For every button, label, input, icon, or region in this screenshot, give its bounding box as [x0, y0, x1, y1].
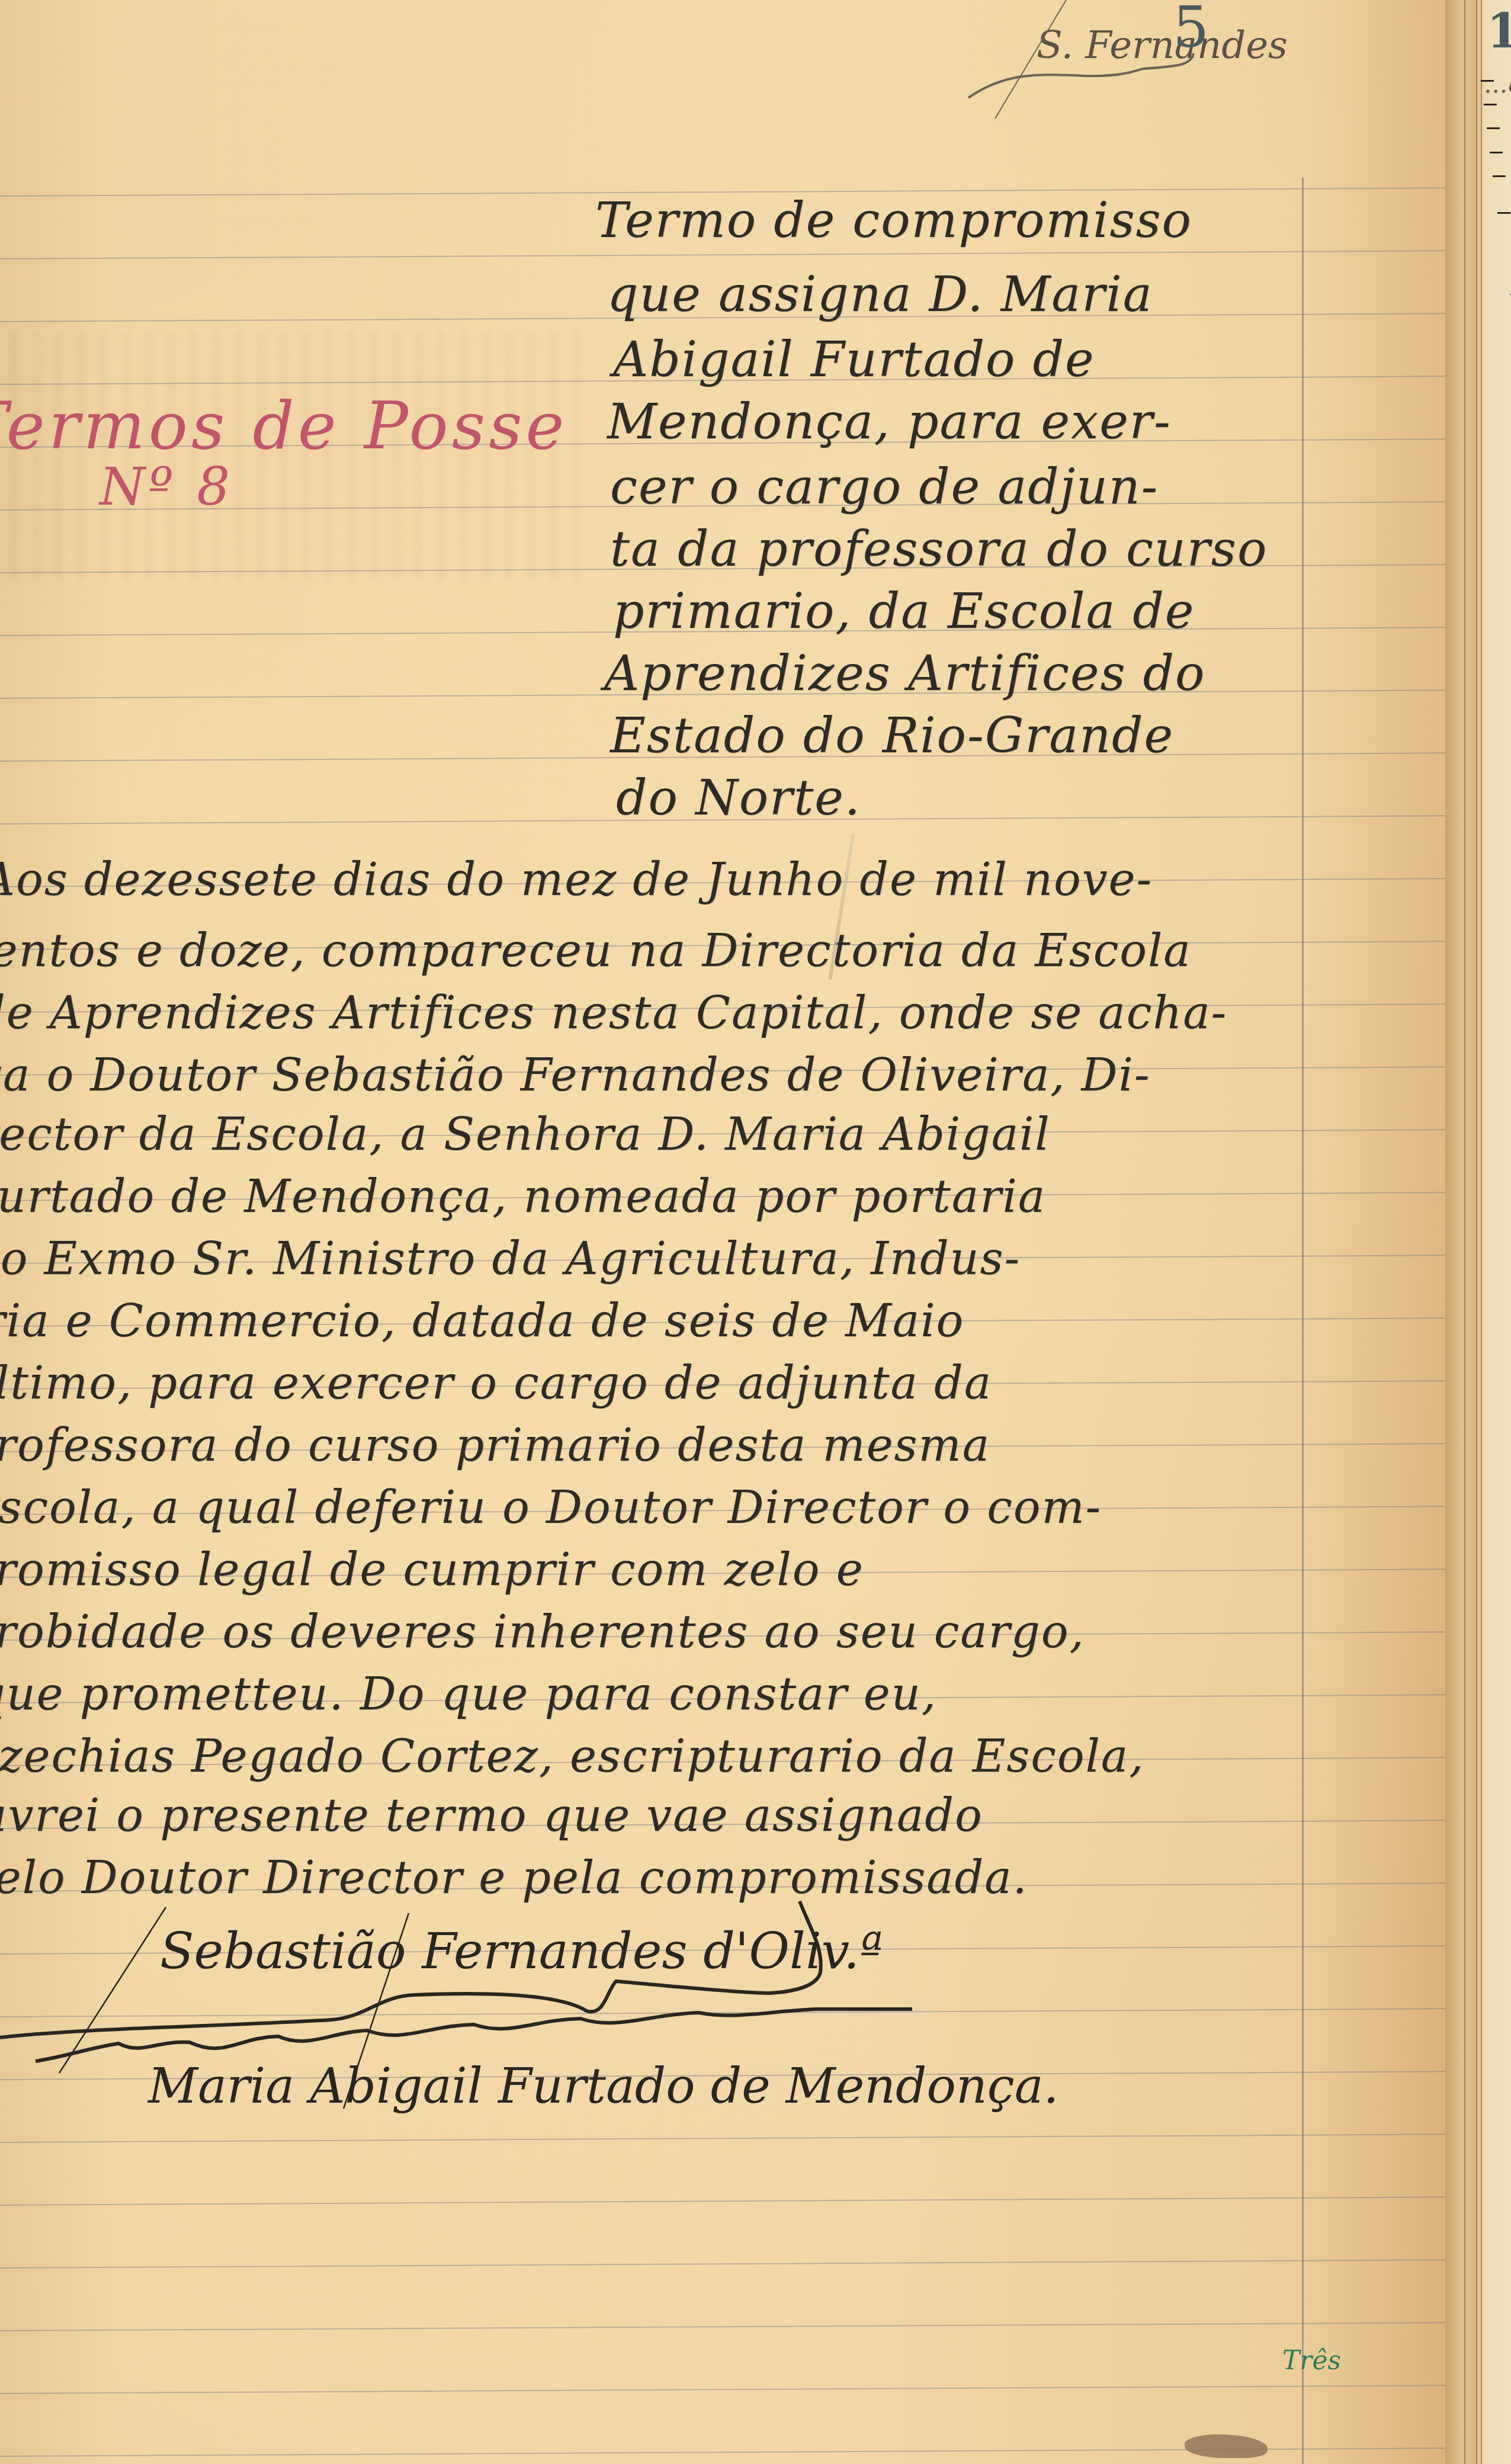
binding-gutter: 1 …des [1445, 0, 1511, 2464]
gutter-fold-line [1481, 0, 1482, 2464]
adjacent-page-number: 1 [1487, 3, 1511, 59]
footer-note: Três [1282, 2346, 1341, 2376]
gutter-fold-line [1476, 0, 1477, 2464]
adjacent-page-fragment: …des [1484, 71, 1511, 98]
gutter-fold-line [1464, 0, 1465, 2464]
appointee-signature: Maria Abigail Furtado de Mendonça. [148, 2058, 1059, 2115]
register-page: S. Fernandes 5 Termos de Posse Nº 8 Term… [0, 0, 1445, 2464]
ink-mark [1493, 175, 1506, 177]
ink-mark [1484, 104, 1497, 105]
ink-mark [1487, 127, 1500, 129]
ink-mark [1490, 152, 1503, 153]
ink-mark [1497, 212, 1510, 214]
ink-mark [1481, 80, 1494, 82]
